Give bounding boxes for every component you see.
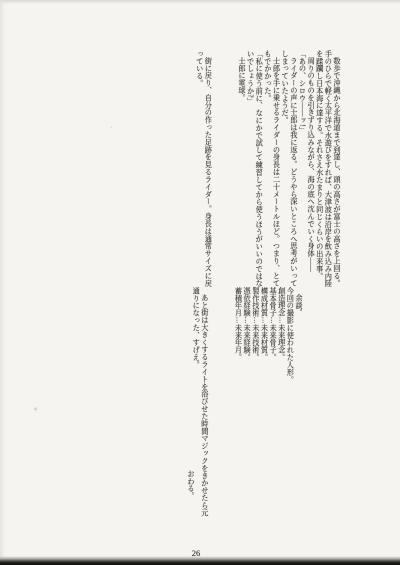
text-column-paragraph: 士郎に電球。 (237, 50, 246, 288)
text-column-paragraph: 士郎を手に乗せるライダーの身長は二十メートルほど。つまり、とてもでかかった。 (263, 50, 280, 288)
text-column-paragraph: 街に戻り、自分の作った足跡を見るライダー。身長は通常サイズに戻っている。 (195, 50, 212, 288)
text-column-paragraph: 構成材質…未来材質。 (260, 287, 269, 517)
scan-left-edge (0, 0, 5, 565)
scan-top-edge (0, 0, 400, 4)
story-text-block: 数歩で沖縄から北海道まで到達し、頭の高さが富士の高さを上回る。手のひらで軽く太平… (195, 50, 341, 288)
text-column-paragraph: 創造理念…未来理念。 (277, 287, 286, 517)
scan-speck (33, 407, 38, 411)
text-column-paragraph: 蓄積年月…未来年月。 (234, 287, 243, 517)
scanned-book-page: 数歩で沖縄から北海道まで到達し、頭の高さが富士の高さを上回る。手のひらで軽く太平… (0, 0, 400, 565)
scan-bottom-edge (0, 556, 400, 565)
text-column-paragraph: ライダーの声に士郎は我に返る。どうやら深いところへ思考がいってしまっていたようだ… (281, 50, 298, 288)
text-column-paragraph: 余談。 (294, 287, 303, 517)
text-column-paragraph: 基本骨子…未来骨子。 (268, 287, 277, 517)
text-column-paragraph: 製作技術…未来技術。 (251, 287, 260, 517)
text-column-paragraph: 「あの、シロウ――ッ!」 (298, 50, 307, 288)
text-column-paragraph: 憑依経験…未来経験。 (243, 287, 252, 517)
text-column-paragraph: 周りのものを引きずり込みながら、海の底へ沈んでいく身体―― (306, 50, 315, 288)
scan-speck (110, 126, 113, 129)
afterword-text-block: 余談。今回の撮影に使われた人形。創造理念…未来理念。基本骨子…未来骨子。構成材質… (192, 287, 303, 517)
text-column-paragraph: 「私に使う前に、なにかで試して練習してから使うほうがいいのではないでしょうか?」 (246, 50, 263, 288)
text-column-paragraph: 数歩で沖縄から北海道まで到達し、頭の高さが富士の高さを上回る。手のひらで軽く太平… (315, 50, 341, 288)
ending-mark: おわる。 (186, 470, 196, 500)
text-column-paragraph: 今回の撮影に使われた人形。 (286, 287, 295, 517)
